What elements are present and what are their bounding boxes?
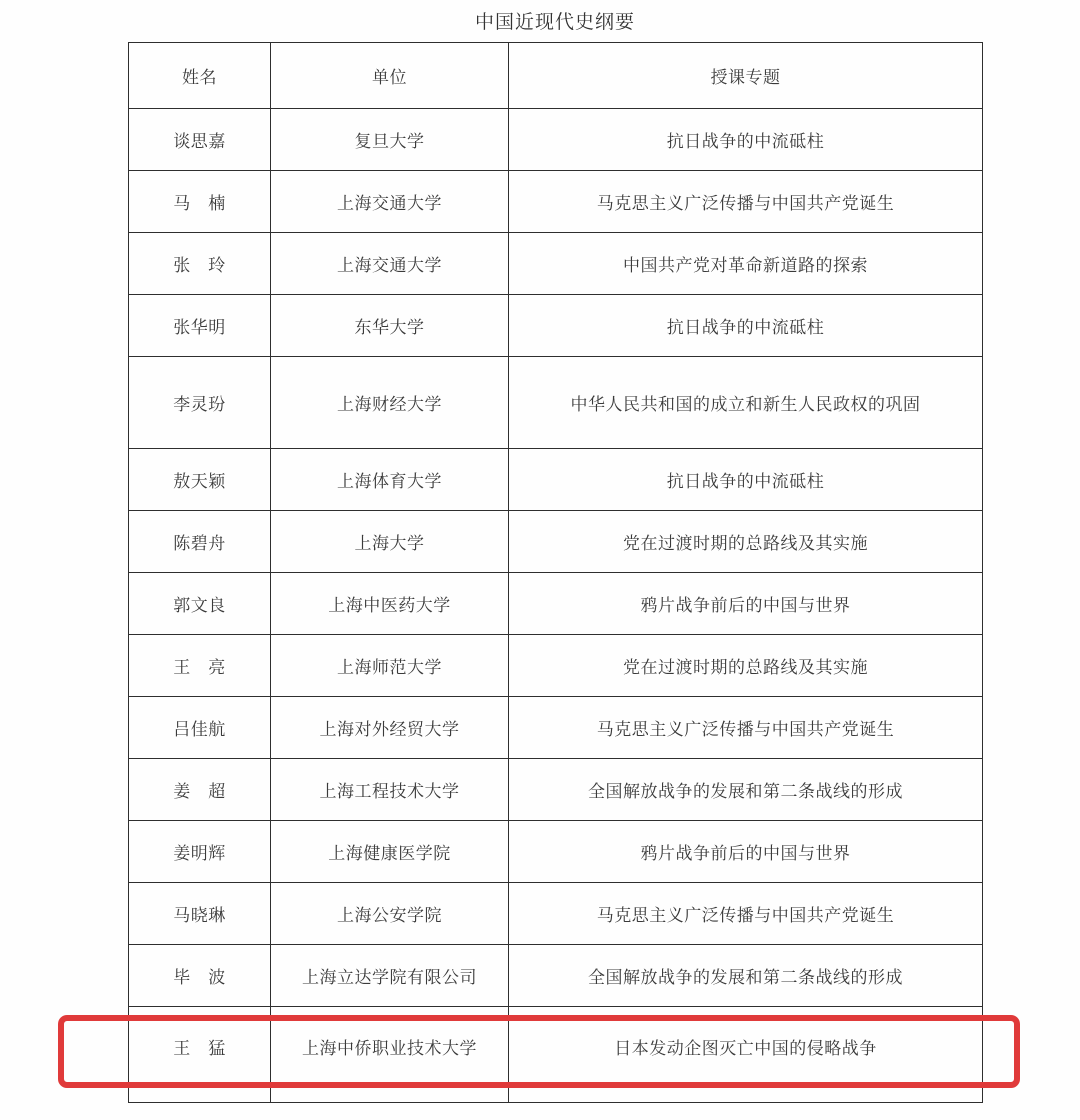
table-row: 谈思嘉 复旦大学 抗日战争的中流砥柱	[129, 109, 983, 171]
table-header: 姓名 单位 授课专题	[129, 43, 983, 109]
cell-unit: 上海交通大学	[271, 171, 509, 233]
cell-name: 毕 波	[129, 945, 271, 1007]
lecture-roster-table: 姓名 单位 授课专题 谈思嘉 复旦大学 抗日战争的中流砥柱 马 楠 上海交通大学…	[128, 42, 983, 1103]
cell-unit: 上海财经大学	[271, 357, 509, 449]
cell-unit: 上海立达学院有限公司	[271, 945, 509, 1007]
cell-name: 李灵玢	[129, 357, 271, 449]
cell-name: 吕佳航	[129, 697, 271, 759]
cell-unit: 上海工程技术大学	[271, 759, 509, 821]
cell-unit: 上海中侨职业技术大学	[271, 1007, 509, 1087]
cell-topic: 鸦片战争前后的中国与世界	[509, 573, 983, 635]
document-page: 中国近现代史纲要 姓名 单位 授课专题 谈思嘉 复旦大学 抗日战争的中流砥柱 马…	[0, 0, 1080, 1120]
cell-topic: 全国解放战争的发展和第二条战线的形成	[509, 759, 983, 821]
cell-unit: 上海中医药大学	[271, 573, 509, 635]
cell-topic: 中国共产党对革命新道路的探索	[509, 233, 983, 295]
table-row: 张 玲 上海交通大学 中国共产党对革命新道路的探索	[129, 233, 983, 295]
cell-unit: 上海体育大学	[271, 449, 509, 511]
cell-topic: 抗日战争的中流砥柱	[509, 449, 983, 511]
cell-name: 郭文良	[129, 573, 271, 635]
cell-topic: 鸦片战争前后的中国与世界	[509, 821, 983, 883]
cell-name: 姜明辉	[129, 821, 271, 883]
cell-unit: 复旦大学	[271, 109, 509, 171]
cell-name: 姜 超	[129, 759, 271, 821]
table-row: 马晓琳 上海公安学院 马克思主义广泛传播与中国共产党诞生	[129, 883, 983, 945]
table-row: 姜明辉 上海健康医学院 鸦片战争前后的中国与世界	[129, 821, 983, 883]
cell-unit: 东华大学	[271, 295, 509, 357]
table-row: 马 楠 上海交通大学 马克思主义广泛传播与中国共产党诞生	[129, 171, 983, 233]
cell-topic: 马克思主义广泛传播与中国共产党诞生	[509, 883, 983, 945]
table-row: 王 猛 上海中侨职业技术大学 日本发动企图灭亡中国的侵略战争	[129, 1007, 983, 1087]
cell-name: 王 猛	[129, 1007, 271, 1087]
table-row: 郭文良 上海中医药大学 鸦片战争前后的中国与世界	[129, 573, 983, 635]
header-topic: 授课专题	[509, 43, 983, 109]
cell-topic: 马克思主义广泛传播与中国共产党诞生	[509, 697, 983, 759]
header-row: 姓名 单位 授课专题	[129, 43, 983, 109]
table-row: 陈碧舟 上海大学 党在过渡时期的总路线及其实施	[129, 511, 983, 573]
header-unit: 单位	[271, 43, 509, 109]
cell-unit: 上海对外经贸大学	[271, 697, 509, 759]
cell-name: 马晓琳	[129, 883, 271, 945]
table-row: 张华明 东华大学 抗日战争的中流砥柱	[129, 295, 983, 357]
table-row: 李灵玢 上海财经大学 中华人民共和国的成立和新生人民政权的巩固	[129, 357, 983, 449]
table-body: 谈思嘉 复旦大学 抗日战争的中流砥柱 马 楠 上海交通大学 马克思主义广泛传播与…	[129, 109, 983, 1103]
cell-unit: 上海公安学院	[271, 883, 509, 945]
header-name: 姓名	[129, 43, 271, 109]
cell-topic: 中华人民共和国的成立和新生人民政权的巩固	[509, 357, 983, 449]
table-row: 敖天颖 上海体育大学 抗日战争的中流砥柱	[129, 449, 983, 511]
cell-unit: 上海健康医学院	[271, 821, 509, 883]
cell-topic: 党在过渡时期的总路线及其实施	[509, 511, 983, 573]
table-row: 王 亮 上海师范大学 党在过渡时期的总路线及其实施	[129, 635, 983, 697]
cell-unit: 上海大学	[271, 511, 509, 573]
cell-name: 陈碧舟	[129, 511, 271, 573]
cell-topic: 马克思主义广泛传播与中国共产党诞生	[509, 171, 983, 233]
table-row-partial	[129, 1087, 983, 1103]
cell-unit: 上海师范大学	[271, 635, 509, 697]
cell-name: 张 玲	[129, 233, 271, 295]
cell-topic: 抗日战争的中流砥柱	[509, 109, 983, 171]
cell-name: 王 亮	[129, 635, 271, 697]
cell-unit: 上海交通大学	[271, 233, 509, 295]
cell-unit	[271, 1087, 509, 1103]
cell-topic: 党在过渡时期的总路线及其实施	[509, 635, 983, 697]
cell-topic: 全国解放战争的发展和第二条战线的形成	[509, 945, 983, 1007]
cell-topic: 抗日战争的中流砥柱	[509, 295, 983, 357]
cell-name: 敖天颖	[129, 449, 271, 511]
cell-name: 张华明	[129, 295, 271, 357]
table-row: 吕佳航 上海对外经贸大学 马克思主义广泛传播与中国共产党诞生	[129, 697, 983, 759]
cell-name: 马 楠	[129, 171, 271, 233]
cell-topic: 日本发动企图灭亡中国的侵略战争	[509, 1007, 983, 1087]
table-row: 毕 波 上海立达学院有限公司 全国解放战争的发展和第二条战线的形成	[129, 945, 983, 1007]
cell-topic	[509, 1087, 983, 1103]
cell-name: 谈思嘉	[129, 109, 271, 171]
table-row: 姜 超 上海工程技术大学 全国解放战争的发展和第二条战线的形成	[129, 759, 983, 821]
document-title: 中国近现代史纲要	[128, 7, 982, 34]
cell-name	[129, 1087, 271, 1103]
